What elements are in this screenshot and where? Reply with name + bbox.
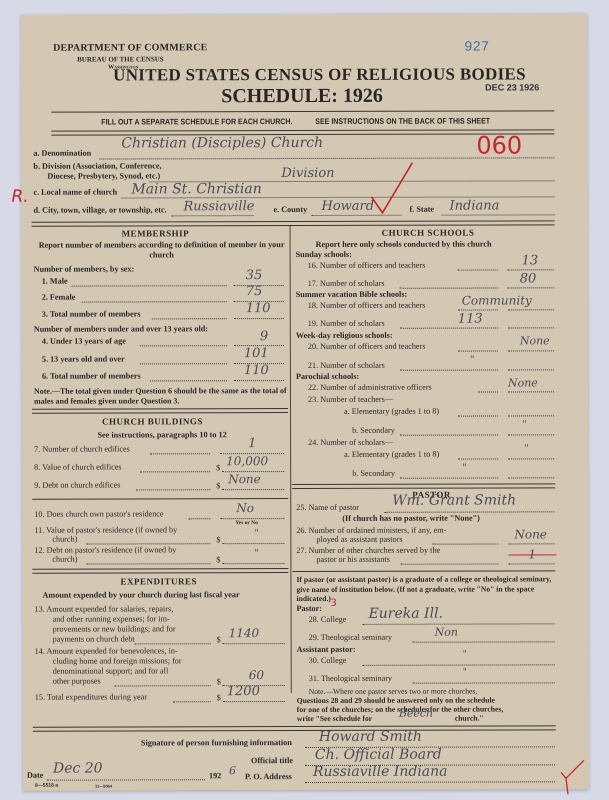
q24a-line [458, 458, 498, 459]
po-address-line [305, 781, 555, 783]
pastor-heading: Pastor: [297, 604, 322, 613]
q15-answer-line [223, 701, 285, 702]
q18-line [458, 309, 498, 310]
q21-value[interactable]: " [470, 355, 475, 366]
q8-line [140, 471, 210, 472]
column-divider [290, 226, 292, 693]
q30-label: 30. College [309, 656, 347, 665]
q2-line [82, 301, 227, 302]
q12-label-2: church) [52, 555, 77, 564]
q23a-line [458, 415, 498, 416]
q4-value[interactable]: 9 [260, 329, 268, 344]
q18-value[interactable]: Community [462, 293, 532, 307]
form-number: 8—5518 a [35, 783, 58, 789]
q12-label-1: 12. Debt on pastor's residence (if owned… [34, 545, 176, 554]
q16-line [458, 269, 498, 270]
official-title-label: Official title [251, 756, 293, 765]
q9-answer-line [222, 489, 284, 490]
q20-value[interactable]: None [520, 334, 550, 347]
stamp-number: 927 [464, 40, 489, 56]
q30-line [363, 664, 555, 666]
sunday-schools-label: Sunday schools: [296, 250, 352, 259]
q3-value[interactable]: 110 [246, 301, 271, 316]
q20-answer-line [508, 350, 554, 351]
q10-hint: Yes or No [235, 520, 258, 526]
q27-label-2: pastor or his assistants [316, 555, 389, 564]
red-checkmark-icon [558, 758, 588, 798]
date-label: Date [27, 771, 43, 780]
q13-answer-line [223, 643, 285, 644]
q23a-answer-line [508, 415, 554, 416]
q19-answer-line [508, 327, 554, 328]
q17-value[interactable]: 80 [520, 271, 537, 286]
q24a-answer-line [508, 458, 554, 459]
local-name-label: c. Local name of church [33, 187, 117, 196]
q25-hint: (If church has no pastor, write "None") [342, 514, 480, 523]
code-mark: 060 [476, 131, 522, 159]
divider [32, 498, 288, 500]
q24b-answer-line [508, 477, 554, 478]
q11-answer-line [222, 543, 284, 544]
instruction-separate: FILL OUT A SEPARATE SCHEDULE FOR EACH CH… [101, 117, 292, 127]
q29-line [413, 641, 555, 642]
by-sex-label: Number of members, by sex: [34, 264, 135, 273]
q14-currency: $ [217, 677, 221, 686]
q22-answer-line [508, 391, 554, 392]
official-title-value[interactable]: Ch. Official Board [315, 747, 442, 763]
q20-line [458, 350, 498, 351]
q7-value[interactable]: 1 [248, 436, 256, 451]
membership-title: MEMBERSHIP [122, 228, 190, 238]
q10-label: 10. Does church own pastor's residence [34, 509, 163, 518]
q20-label: 20. Number of officers and teachers [308, 342, 426, 351]
q10-line [188, 518, 210, 519]
q30-value[interactable]: " [463, 650, 467, 660]
q15-value[interactable]: 1200 [227, 684, 260, 699]
q6-label: 6. Total number of members [42, 371, 141, 380]
q24a-label: a. Elementary (grades 1 to 8) [344, 450, 439, 459]
q10-value[interactable]: No [236, 501, 254, 515]
q6-line [150, 380, 227, 381]
q24b-label: b. Secondary [352, 469, 395, 478]
divider [32, 568, 288, 574]
instruction-back: SEE INSTRUCTIONS ON THE BACK OF THIS SHE… [315, 117, 490, 126]
q10-answer-line [220, 518, 284, 519]
q26-answer-line [508, 543, 554, 544]
denomination-label: a. Denomination [33, 149, 91, 158]
division-label-1: b. Division (Association, Conference, [33, 161, 161, 170]
q12-answer-line [222, 563, 284, 564]
q13-line-1: 13. Amount expended for salaries, repair… [35, 604, 174, 613]
q15-currency: $ [217, 693, 221, 702]
pastor-note-4b: church." [455, 714, 484, 723]
bureau-label: BUREAU OF THE CENSUS [77, 55, 164, 63]
q24-label: 24. Number of scholars— [308, 438, 393, 447]
q12-line [86, 563, 210, 564]
po-address-label: P. O. Address [245, 772, 292, 781]
q9-value[interactable]: None [228, 472, 261, 486]
q23b-line [400, 434, 498, 435]
q15-label: 15. Total expenditures during year [35, 692, 147, 701]
pastor-note-1: Note.—Where one pastor serves two or mor… [309, 687, 478, 696]
q17-answer-line [508, 287, 554, 288]
membership-note: Note.—The total given under Question 6 s… [34, 386, 288, 407]
schools-title: CHURCH SCHOOLS [382, 228, 475, 238]
q14-line [115, 685, 211, 686]
q11-label-1: 11. Value of pastor's residence (if owne… [34, 525, 177, 534]
year-suffix-value[interactable]: 6 [229, 764, 236, 777]
department-label: DEPARTMENT OF COMMERCE [53, 42, 207, 53]
q21-line [400, 369, 498, 370]
local-name-value[interactable]: Main St. Christian [131, 181, 261, 197]
q26-label-1: 26. Number of ordained ministers, if any… [296, 526, 446, 535]
q4-line [140, 345, 227, 346]
state-label: f. State [409, 205, 434, 214]
q8-label: 8. Value of church edifices [34, 462, 121, 471]
q23b-value[interactable]: " [522, 419, 527, 430]
q31-line [413, 682, 555, 683]
q1-value[interactable]: 35 [246, 268, 263, 283]
summer-schools-label: Summer vacation Bible schools: [296, 290, 408, 299]
q28-line [363, 623, 555, 625]
division-value[interactable]: Division [281, 166, 334, 181]
state-line [442, 214, 555, 215]
red-mark-3: 3 [331, 598, 337, 609]
division-label-2: Diocese, Presbytery, Synod, etc.) [47, 171, 160, 180]
q23b-label: b. Secondary [352, 426, 395, 435]
q14-value[interactable]: 60 [249, 668, 264, 682]
city-value[interactable]: Russiaville [183, 199, 254, 214]
q24b-line [400, 477, 498, 478]
q19-value[interactable]: 113 [458, 312, 483, 327]
q23-label: 23. Number of teachers— [308, 395, 393, 404]
q19-label: 19. Number of scholars [308, 319, 385, 328]
q21-answer-line [508, 369, 554, 370]
q23a-label: a. Elementary (grades 1 to 8) [344, 407, 439, 416]
signature-label: Signature of person furnishing informati… [141, 738, 292, 747]
q11-line [86, 543, 210, 544]
q12-value[interactable]: " [254, 548, 259, 559]
q16-value[interactable]: 13 [522, 253, 539, 268]
q29-value[interactable]: Non [435, 626, 458, 639]
date-line [47, 779, 205, 780]
schedule-title: SCHEDULE: 1926 [221, 85, 383, 108]
q14-line-3: denominational support; and for all [53, 666, 169, 675]
q15-line [173, 701, 211, 702]
q18-answer-line [508, 309, 554, 310]
q7-line [150, 453, 210, 454]
q3-line [152, 318, 227, 319]
document-title: UNITED STATES CENSUS OF RELIGIOUS BODIES [113, 64, 526, 85]
q3-label: 3. Total number of members [42, 309, 141, 318]
q18-label: 18. Number of officers and teachers [308, 301, 426, 310]
divider [51, 110, 554, 112]
expenditures-title: EXPENDITURES [120, 576, 197, 586]
q26-value[interactable]: None [514, 527, 547, 541]
q12-currency: $ [216, 555, 220, 564]
q24a-value[interactable]: " [524, 443, 529, 454]
q2-label: 2. Female [42, 293, 76, 302]
q25-line [384, 511, 554, 512]
print-number: 11—5064 [95, 784, 112, 789]
divider [33, 725, 556, 731]
q26-line [432, 543, 498, 544]
q17-line [400, 287, 498, 288]
q28-label: 28. College [309, 615, 347, 624]
denomination-value[interactable]: Christian (Disciples) Church [121, 135, 323, 152]
q9-line [136, 489, 210, 490]
q11-value[interactable]: " [254, 528, 259, 539]
date-value[interactable]: Dec 20 [53, 761, 103, 777]
q29-label: 29. Theological seminary [309, 633, 392, 642]
q14-line-4: other purposes [53, 677, 101, 686]
q21-label: 21. Number of scholars [308, 361, 385, 370]
q9-currency: $ [216, 481, 220, 490]
q17-label: 17. Number of scholars [308, 279, 385, 288]
q1-label: 1. Male [42, 277, 68, 286]
q13-line-2: and other running expenses; for im- [53, 614, 170, 623]
by-age-label: Number of members under and over 13 year… [34, 324, 208, 333]
q13-value[interactable]: 1140 [229, 626, 260, 640]
q16-answer-line [508, 269, 554, 270]
q8-currency: $ [216, 463, 220, 472]
q5-value[interactable]: 101 [244, 346, 269, 361]
census-schedule-sheet: DEPARTMENT OF COMMERCE BUREAU OF THE CEN… [21, 13, 589, 790]
q24b-value[interactable]: " [462, 463, 467, 474]
q5-line [140, 363, 227, 364]
divider [292, 570, 555, 572]
q11-currency: $ [216, 535, 220, 544]
county-label: e. County [273, 205, 307, 214]
city-label: d. City, town, village, or township, etc… [33, 205, 166, 214]
q13-currency: $ [217, 635, 221, 644]
q9-label: 9. Debt on church edifices [34, 480, 120, 489]
q27-value[interactable]: 1 [528, 547, 536, 561]
q2-value[interactable]: 75 [246, 284, 263, 299]
q13-line-4: payments on church debt [53, 634, 135, 643]
state-value[interactable]: Indiana [449, 198, 499, 213]
received-date-stamp: DEC 23 1926 [485, 82, 539, 92]
q28-value[interactable]: Eureka Ill. [369, 606, 443, 622]
expenditures-subtitle: Amount expended by your church during la… [42, 590, 239, 600]
q3-answer-line [234, 318, 284, 319]
q6-value[interactable]: 110 [244, 363, 269, 378]
q22-label: 22. Number of administrative officers [308, 383, 432, 392]
q25-label: 25. Name of pastor [296, 503, 359, 512]
divider [32, 220, 555, 226]
q23b-answer-line [508, 434, 554, 435]
divider [32, 408, 288, 414]
schools-subtitle: Report here only schools conducted by th… [316, 240, 492, 249]
signature-value[interactable]: Howard Smith [319, 729, 422, 745]
q4-label: 4. Under 13 years of age [42, 336, 126, 345]
parochial-schools-label: Parochial schools: [296, 372, 359, 381]
pastor-note-church-value[interactable]: Beech [399, 707, 433, 720]
q31-value[interactable]: " [463, 668, 467, 678]
q25-value[interactable]: Wm. Grant Smith [392, 492, 516, 508]
q31-label: 31. Theological seminary [309, 674, 392, 683]
q1-line [72, 285, 227, 286]
q27-line [400, 563, 498, 564]
q5-label: 5. 13 years old and over [42, 354, 125, 363]
year-prefix: 192 [209, 771, 221, 780]
q27-label-1: 27. Number of other churches served by t… [296, 546, 440, 555]
q19-line [400, 327, 498, 328]
q7-label: 7. Number of church edifices [34, 444, 130, 453]
q16-label: 16. Number of officers and teachers [308, 261, 426, 270]
pastor-note-4a: write "See schedule for [297, 714, 372, 723]
city-line [172, 215, 254, 216]
r-mark: R. [11, 187, 28, 207]
weekday-schools-label: Week-day religious schools: [296, 331, 393, 340]
divider [292, 483, 555, 489]
assistant-pastor-heading: Assistant pastor: [297, 645, 356, 654]
q27-answer-line [508, 563, 554, 564]
q6-answer-line [234, 380, 284, 381]
q14-line-1: 14. Amount expended for benevolences, in… [35, 646, 178, 655]
q26-label-2: ployed as assistant pastors [316, 535, 402, 544]
buildings-title: CHURCH BUILDINGS [102, 416, 203, 426]
po-address-value[interactable]: Russiaville Indiana [313, 764, 448, 780]
membership-subtitle: Report number of members according to de… [36, 240, 288, 261]
q22-line [478, 391, 498, 392]
q11-label-2: church) [52, 535, 77, 544]
q22-value[interactable]: None [508, 376, 538, 389]
q14-line-2: cluding home and foreign missions; for [53, 656, 182, 665]
q8-value[interactable]: 10,000 [226, 454, 268, 468]
q13-line [135, 643, 211, 644]
q13-line-3: provements or new buildings; and for [53, 624, 176, 633]
